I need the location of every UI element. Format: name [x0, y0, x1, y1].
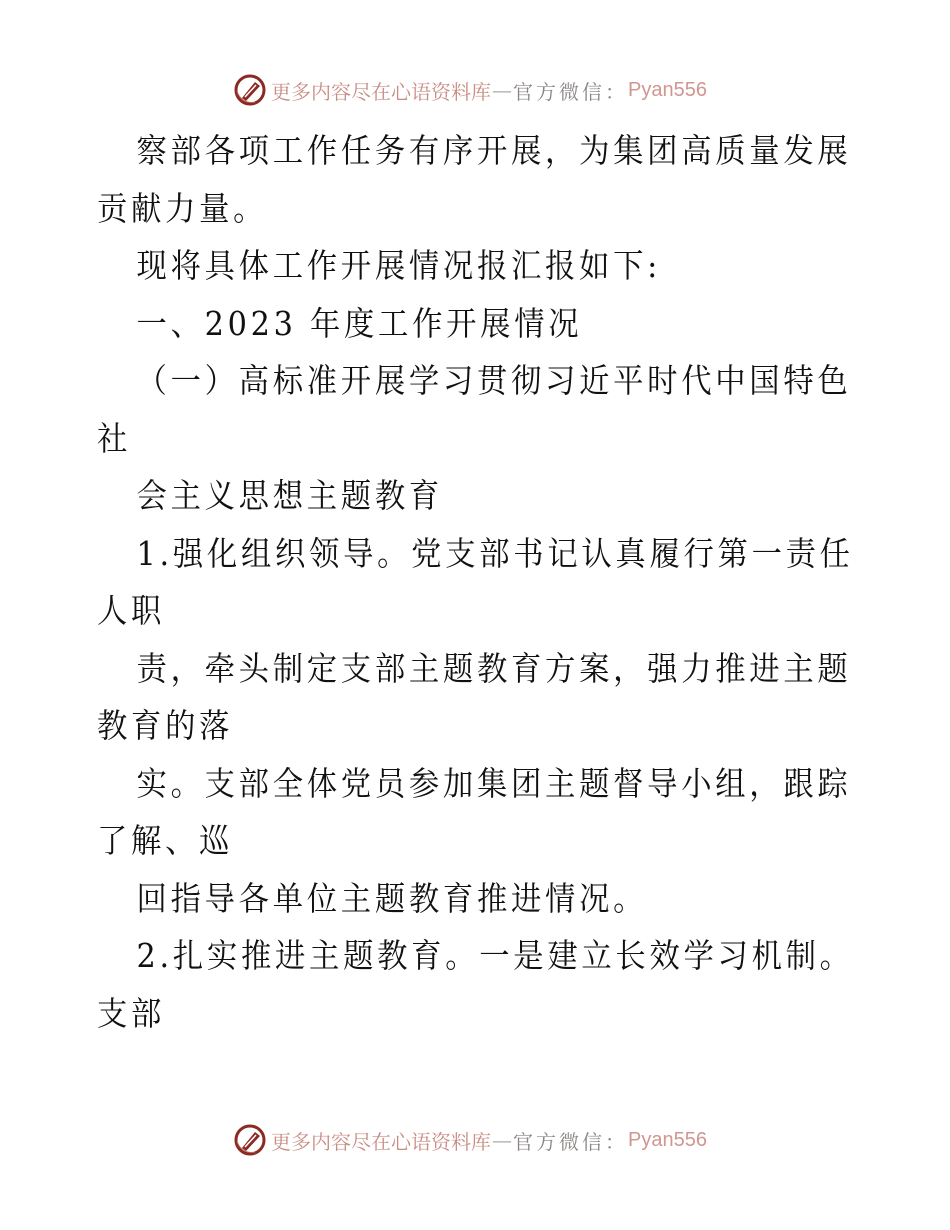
header-watermark: 更多内容尽在心语资料库 — 官方微信： Pyan556 [233, 72, 713, 108]
watermark-wechat-id: Pyan556 [628, 1129, 707, 1152]
pen-nib-logo-icon [233, 1123, 267, 1157]
paragraph-line: 1.强化组织领导。党支部书记认真履行第一责任 [97, 525, 796, 583]
paragraph-line: 察部各项工作任务有序开展，为集团高质量发展 [97, 122, 796, 180]
watermark-wechat-id: Pyan556 [628, 79, 707, 102]
document-body: 察部各项工作任务有序开展，为集团高质量发展 贡献力量。 现将具体工作开展情况报汇… [97, 122, 857, 1042]
footer-watermark: 更多内容尽在心语资料库 — 官方微信： Pyan556 [233, 1122, 713, 1158]
watermark-main-text: 更多内容尽在心语资料库 [271, 76, 491, 105]
paragraph-line: 支部 [97, 985, 796, 1043]
paragraph-line: 社 [97, 410, 796, 468]
section-heading: 一、2023 年度工作开展情况 [97, 295, 796, 353]
paragraph-line: 人职 [97, 582, 796, 640]
paragraph-line: 了解、巡 [97, 812, 796, 870]
watermark-dash: — [492, 1128, 512, 1152]
subsection-heading: （一）高标准开展学习贯彻习近平时代中国特色 [97, 352, 796, 410]
watermark-official-label: 官方微信： [513, 76, 628, 105]
watermark-official-label: 官方微信： [513, 1126, 628, 1155]
paragraph-line: 会主义思想主题教育 [97, 467, 796, 525]
paragraph-line: 教育的落 [97, 697, 796, 755]
paragraph-line: 2.扎实推进主题教育。一是建立长效学习机制。 [97, 927, 796, 985]
pen-nib-logo-icon [233, 73, 267, 107]
paragraph-line: 现将具体工作开展情况报汇报如下: [97, 237, 796, 295]
watermark-main-text: 更多内容尽在心语资料库 [271, 1126, 491, 1155]
paragraph-line: 实。支部全体党员参加集团主题督导小组，跟踪 [97, 755, 796, 813]
paragraph-line: 贡献力量。 [97, 180, 796, 238]
paragraph-line: 回指导各单位主题教育推进情况。 [97, 870, 796, 928]
paragraph-line: 责，牵头制定支部主题教育方案，强力推进主题 [97, 640, 796, 698]
watermark-dash: — [492, 78, 512, 102]
